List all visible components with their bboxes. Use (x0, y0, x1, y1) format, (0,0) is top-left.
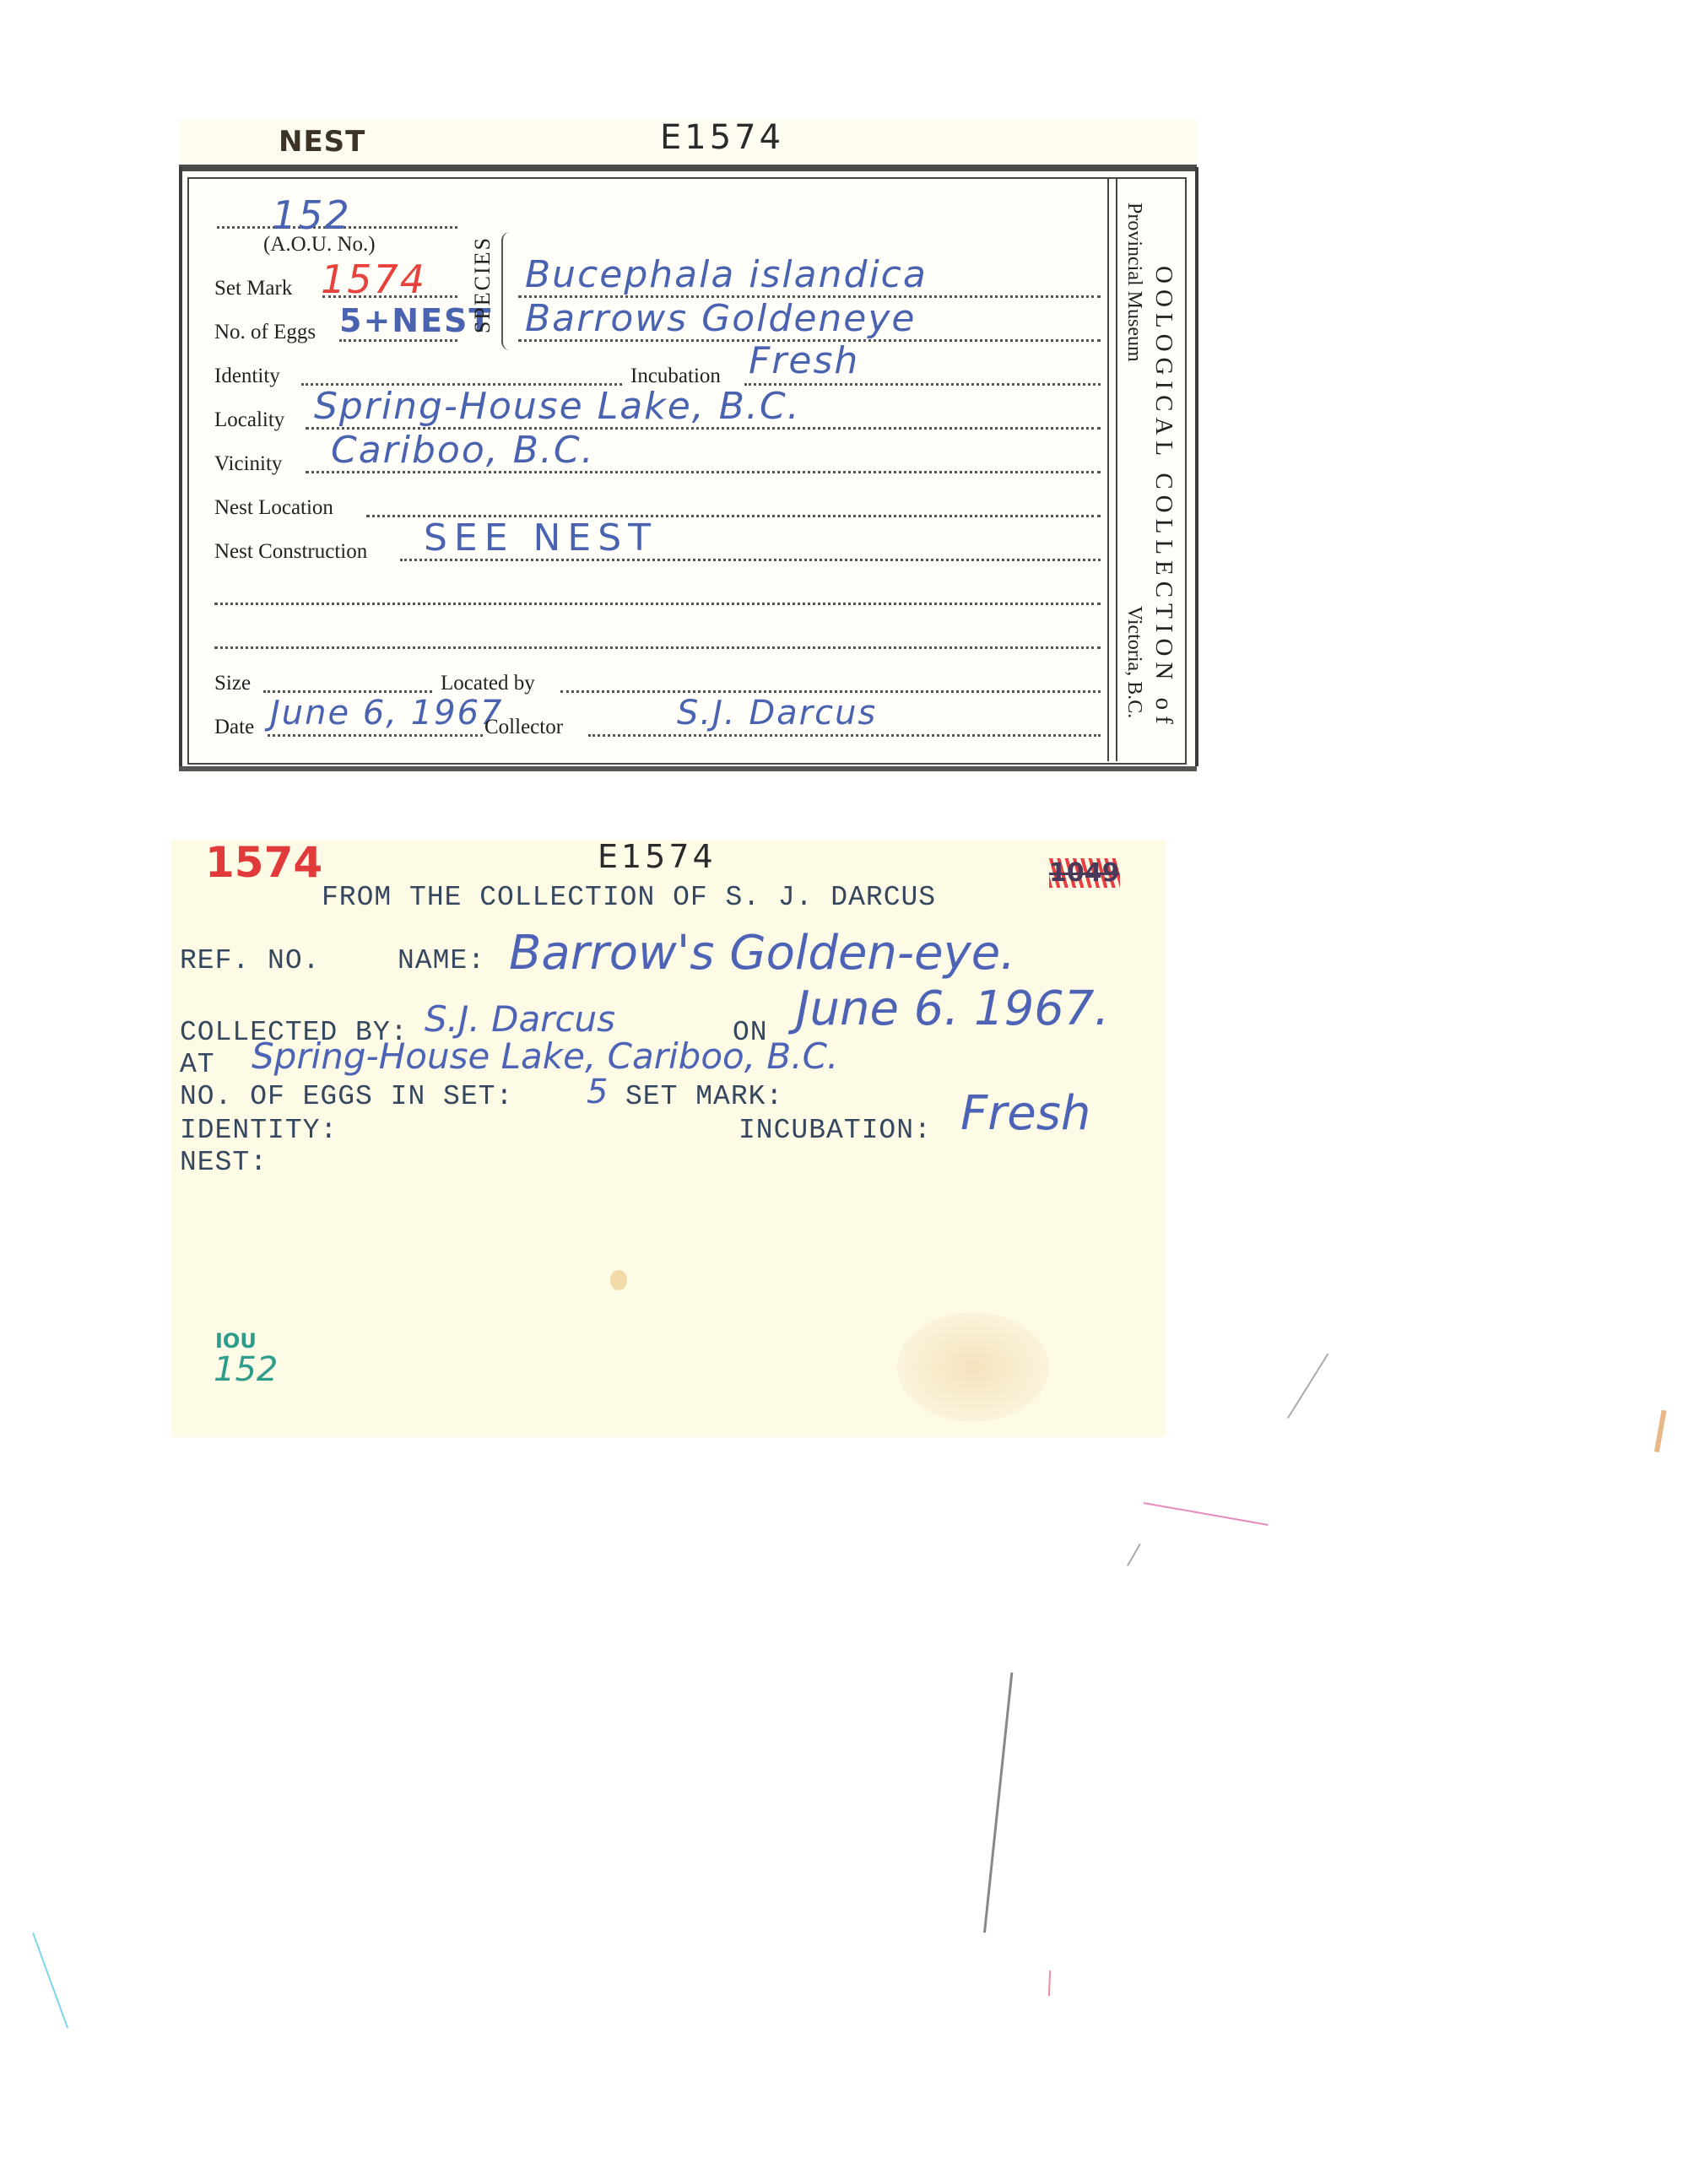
scan-mark (1287, 1354, 1328, 1419)
size-line (263, 690, 432, 693)
collected-by-value: S.J. Darcus (425, 998, 615, 1040)
green-code: IOU (215, 1329, 257, 1353)
collector-line (588, 734, 1101, 737)
scan-mark (32, 1933, 68, 2028)
collector-label: Collector (484, 716, 563, 739)
species-scientific-value: Bucephala islandica (525, 253, 928, 296)
name-value: Barrow's Golden-eye. (509, 926, 1015, 981)
date-value: June 6, 1967 (270, 694, 504, 733)
side-sub-left: Provincial Museum (1123, 203, 1145, 362)
nest-label: NEST: (180, 1147, 268, 1178)
crossed-out-number: 1049 (1049, 858, 1120, 888)
eggs-label: No. of Eggs (214, 321, 316, 344)
incubation-value: Fresh (749, 339, 859, 382)
at-value: Spring-House Lake, Cariboo, B.C. (252, 1035, 838, 1077)
nest-construction-value: SEE NEST (424, 516, 657, 560)
collector-value: S.J. Darcus (677, 694, 877, 733)
incubation-value: Fresh (960, 1086, 1090, 1141)
green-number: 152 (214, 1350, 278, 1389)
ref-label: REF. NO. (180, 945, 320, 976)
located-by-line (560, 690, 1101, 693)
eggs-line (339, 339, 457, 342)
catalog-number: E1574 (598, 838, 717, 875)
name-label: NAME: (398, 945, 485, 976)
collection-title: FROM THE COLLECTION OF S. J. DARCUS (322, 882, 936, 913)
size-label: Size (214, 672, 251, 695)
vicinity-value: Cariboo, B.C. (331, 429, 595, 472)
at-label: AT (180, 1049, 215, 1080)
vicinity-label: Vicinity (214, 452, 282, 476)
blank-line-2 (214, 646, 1101, 649)
nest-header-note: NEST (279, 125, 365, 159)
scan-mark (1144, 1502, 1269, 1526)
set-mark-label: SET MARK: (625, 1081, 783, 1112)
corner-set-mark: 1574 (205, 838, 322, 887)
stain (610, 1270, 627, 1290)
aou-label: (A.O.U. No.) (263, 233, 376, 257)
species-common-value: Barrows Goldeneye (525, 297, 916, 340)
scan-mark (1048, 1970, 1051, 1996)
aou-number-value: 152 (272, 192, 351, 238)
species-brace (501, 232, 513, 350)
locality-label: Locality (214, 408, 284, 432)
blank-line-1 (214, 603, 1101, 605)
species-label: SPECIES (470, 236, 495, 333)
identity-label: IDENTITY: (180, 1115, 338, 1146)
side-title: OOLOGICAL COLLECTION of (1150, 266, 1177, 730)
darcus-collection-card: 1574 E1574 1049 FROM THE COLLECTION OF S… (171, 840, 1166, 1437)
side-sub-right: Victoria, B.C. (1123, 606, 1145, 718)
date-line (268, 734, 483, 737)
incubation-label: INCUBATION: (738, 1115, 932, 1146)
catalog-number: E1574 (660, 118, 784, 157)
set-mark-value: 1574 (321, 257, 426, 302)
located-by-label: Located by (441, 672, 535, 695)
bottom-divider (179, 766, 1197, 771)
scan-mark (1127, 1543, 1141, 1566)
identity-label: Identity (214, 365, 280, 388)
on-value: June 6. 1967. (796, 981, 1109, 1036)
nest-location-label: Nest Location (214, 496, 333, 520)
eggs-value: 5 (587, 1073, 608, 1111)
oological-collection-card: NEST E1574 152 (A.O.U. No.) Set Mark 157… (179, 118, 1197, 775)
nest-construction-label: Nest Construction (214, 540, 367, 564)
stain (897, 1312, 1049, 1422)
scan-mark (1654, 1410, 1667, 1452)
eggs-label: NO. OF EGGS IN SET: (180, 1081, 513, 1112)
date-label: Date (214, 716, 254, 739)
locality-value: Spring-House Lake, B.C. (314, 385, 801, 428)
scan-mark (983, 1673, 1013, 1933)
set-mark-label: Set Mark (214, 277, 292, 300)
sidebar-divider (1107, 179, 1117, 761)
